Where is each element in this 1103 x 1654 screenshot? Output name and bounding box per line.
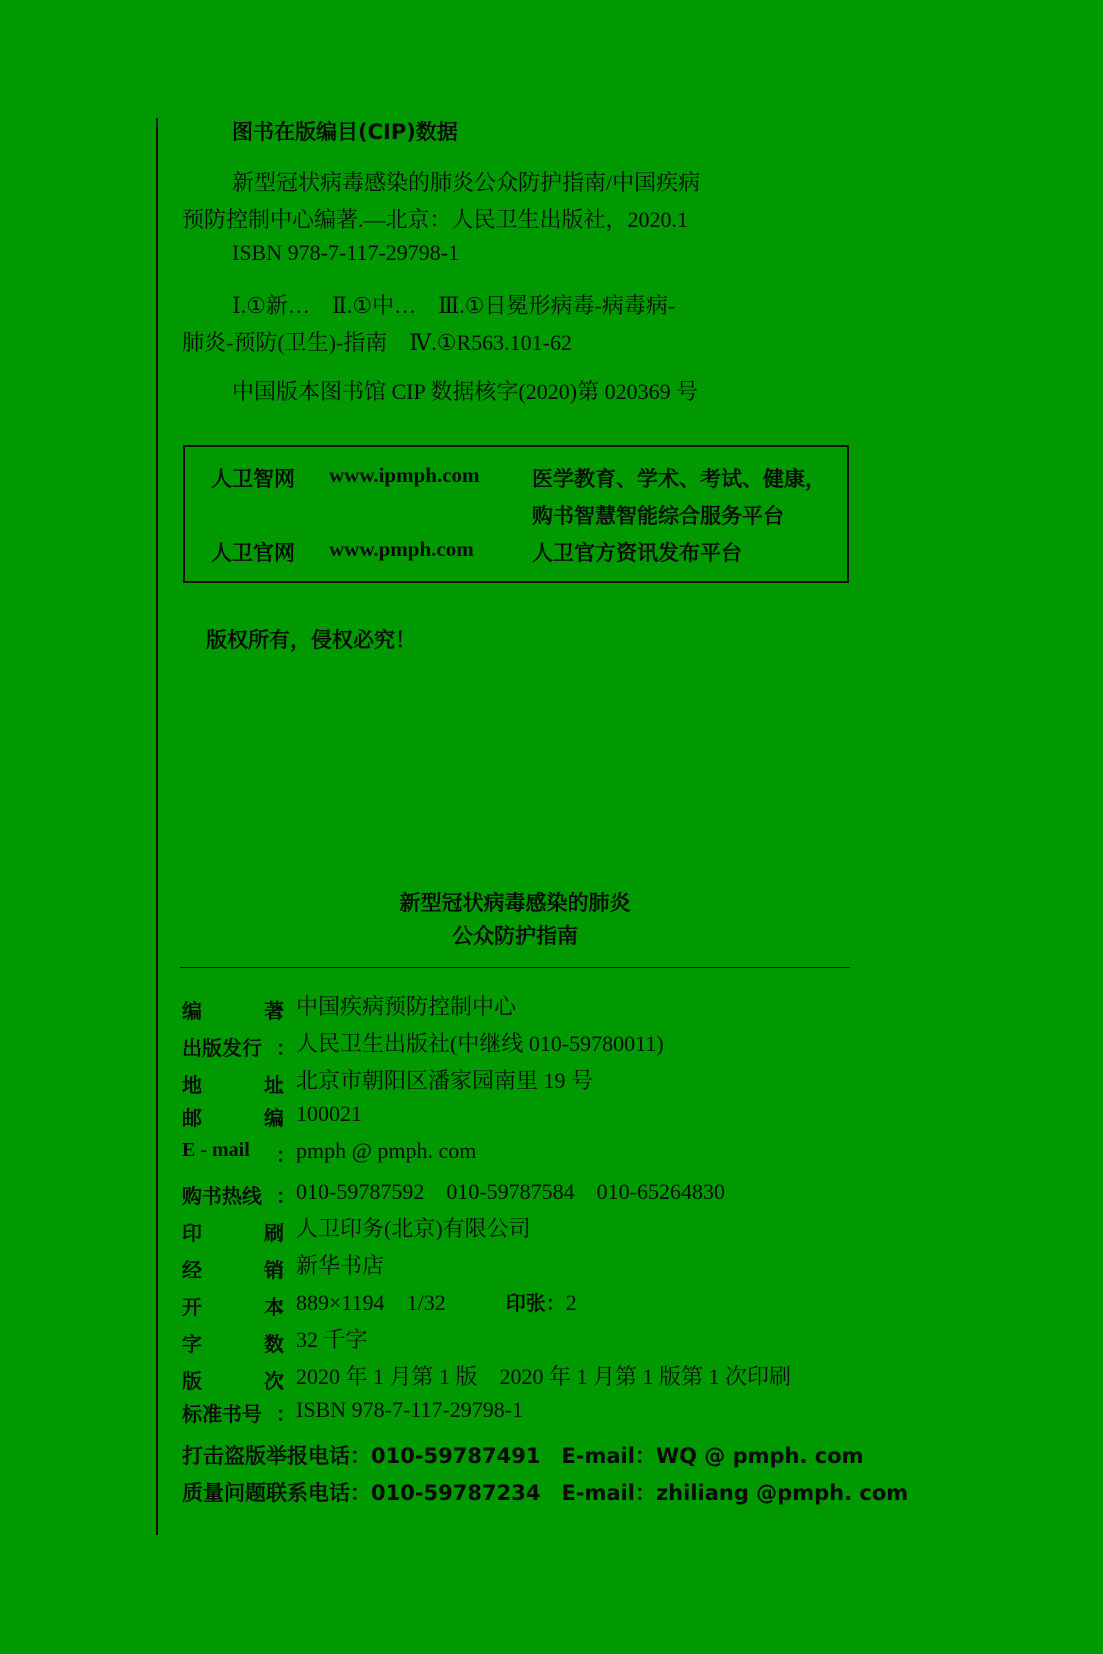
cip-verify: 中国版本图书馆 CIP 数据核字(2020)第 020369 号 (232, 375, 698, 406)
imprint-row: 编著： 中国疾病预防控制中心 (182, 990, 516, 1021)
book-title-line1: 新型冠状病毒感染的肺炎 (180, 887, 850, 917)
quality-contact: 质量问题联系电话：010-59787234 E-mail：zhiliang @p… (182, 1477, 908, 1507)
imprint-row: 出版发行： 人民卫生出版社(中继线 010-59780011) (182, 1027, 664, 1058)
imprint-row: 开本： 889×1194 1/32印张：2 (182, 1286, 577, 1317)
website-url[interactable]: www.pmph.com (329, 537, 474, 562)
website-desc: 人卫官方资讯发布平台 (532, 537, 742, 567)
imprint-row: 标准书号： ISBN 978-7-117-29798-1 (182, 1397, 523, 1423)
cip-title-line2: 预防控制中心编著.—北京：人民卫生出版社，2020.1 (182, 203, 688, 234)
separator (180, 967, 850, 968)
cip-isbn: ISBN 978-7-117-29798-1 (232, 240, 459, 266)
cip-heading: 图书在版编目(CIP)数据 (232, 116, 458, 146)
imprint-row: 购书热线： 010-59787592 010-59787584 010-6526… (182, 1175, 725, 1206)
anti-piracy-contact: 打击盗版举报电话：010-59787491 E-mail：WQ @ pmph. … (182, 1440, 864, 1470)
website-name: 人卫智网 (211, 463, 295, 493)
cip-class-line2: 肺炎-预防(卫生)-指南 Ⅳ.①R563.101-62 (182, 326, 572, 357)
website-name: 人卫官网 (211, 537, 295, 567)
website-url[interactable]: www.ipmph.com (329, 463, 480, 488)
copyright-notice: 版权所有，侵权必究！ (206, 624, 416, 654)
imprint-row: 版次： 2020 年 1 月第 1 版 2020 年 1 月第 1 版第 1 次… (182, 1360, 791, 1391)
website-desc: 医学教育、学术、考试、健康， (532, 463, 826, 493)
margin-rule (156, 118, 158, 1535)
cip-title-line1: 新型冠状病毒感染的肺炎公众防护指南/中国疾病 (232, 166, 700, 197)
cip-class-line1: Ⅰ.①新… Ⅱ.①中… Ⅲ.①日冕形病毒-病毒病- (232, 289, 675, 320)
imprint-row: 字数： 32 千字 (182, 1323, 368, 1354)
imprint-row: 印刷： 人卫印务(北京)有限公司 (182, 1212, 531, 1243)
imprint-row: 地址： 北京市朝阳区潘家园南里 19 号 (182, 1064, 593, 1095)
book-title-line2: 公众防护指南 (180, 920, 850, 950)
website-desc: 购书智慧智能综合服务平台 (532, 500, 784, 530)
imprint-row: 邮编： 100021 (182, 1101, 362, 1127)
imprint-row: E - mail： pmph @ pmph. com (182, 1138, 476, 1164)
imprint-row: 经销： 新华书店 (182, 1249, 384, 1280)
